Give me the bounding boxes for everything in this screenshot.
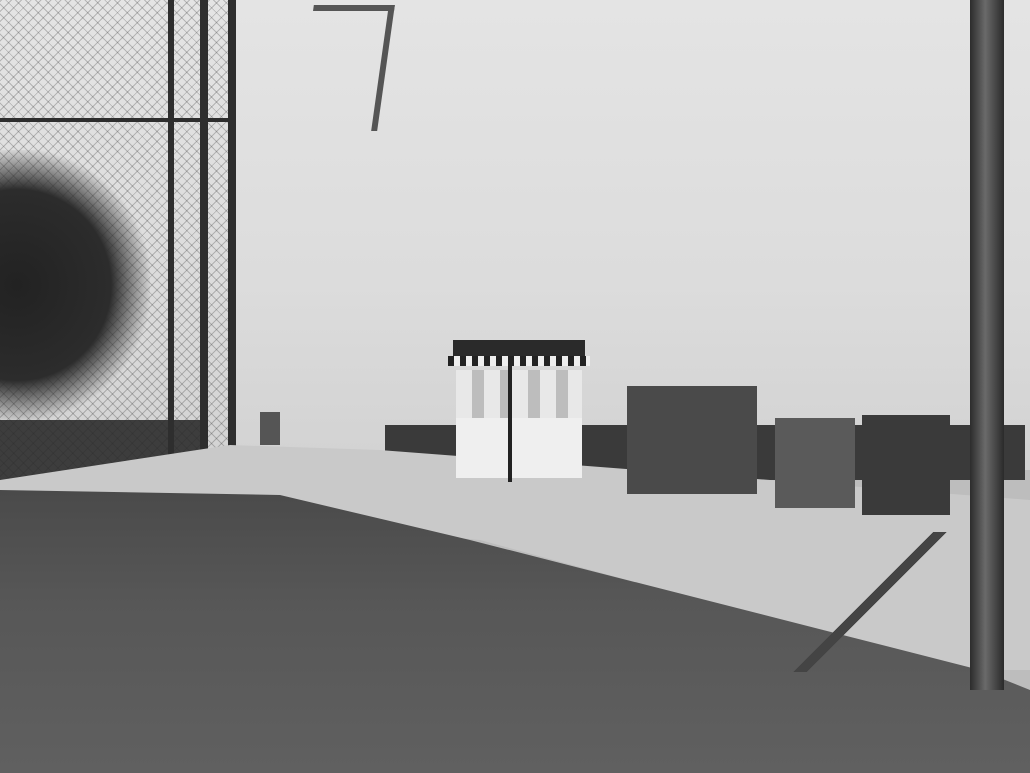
kiosk-body — [456, 418, 582, 478]
utility-box — [775, 418, 855, 508]
lamppost — [970, 0, 1004, 690]
kiosk-stripes — [456, 370, 582, 418]
photo-scene — [0, 0, 1030, 773]
lamppost-shadow — [770, 532, 970, 672]
meter-box — [862, 415, 950, 515]
striped-kiosk — [448, 340, 590, 485]
trash-bin — [260, 412, 280, 445]
kiosk-pole — [508, 366, 512, 482]
fence-post — [200, 0, 208, 478]
fence-post — [168, 0, 174, 460]
palm-tree — [0, 150, 150, 420]
utility-cabinet — [627, 386, 757, 494]
fence-post — [228, 0, 236, 480]
kiosk-awning — [448, 356, 590, 366]
fence-rail — [0, 118, 235, 122]
